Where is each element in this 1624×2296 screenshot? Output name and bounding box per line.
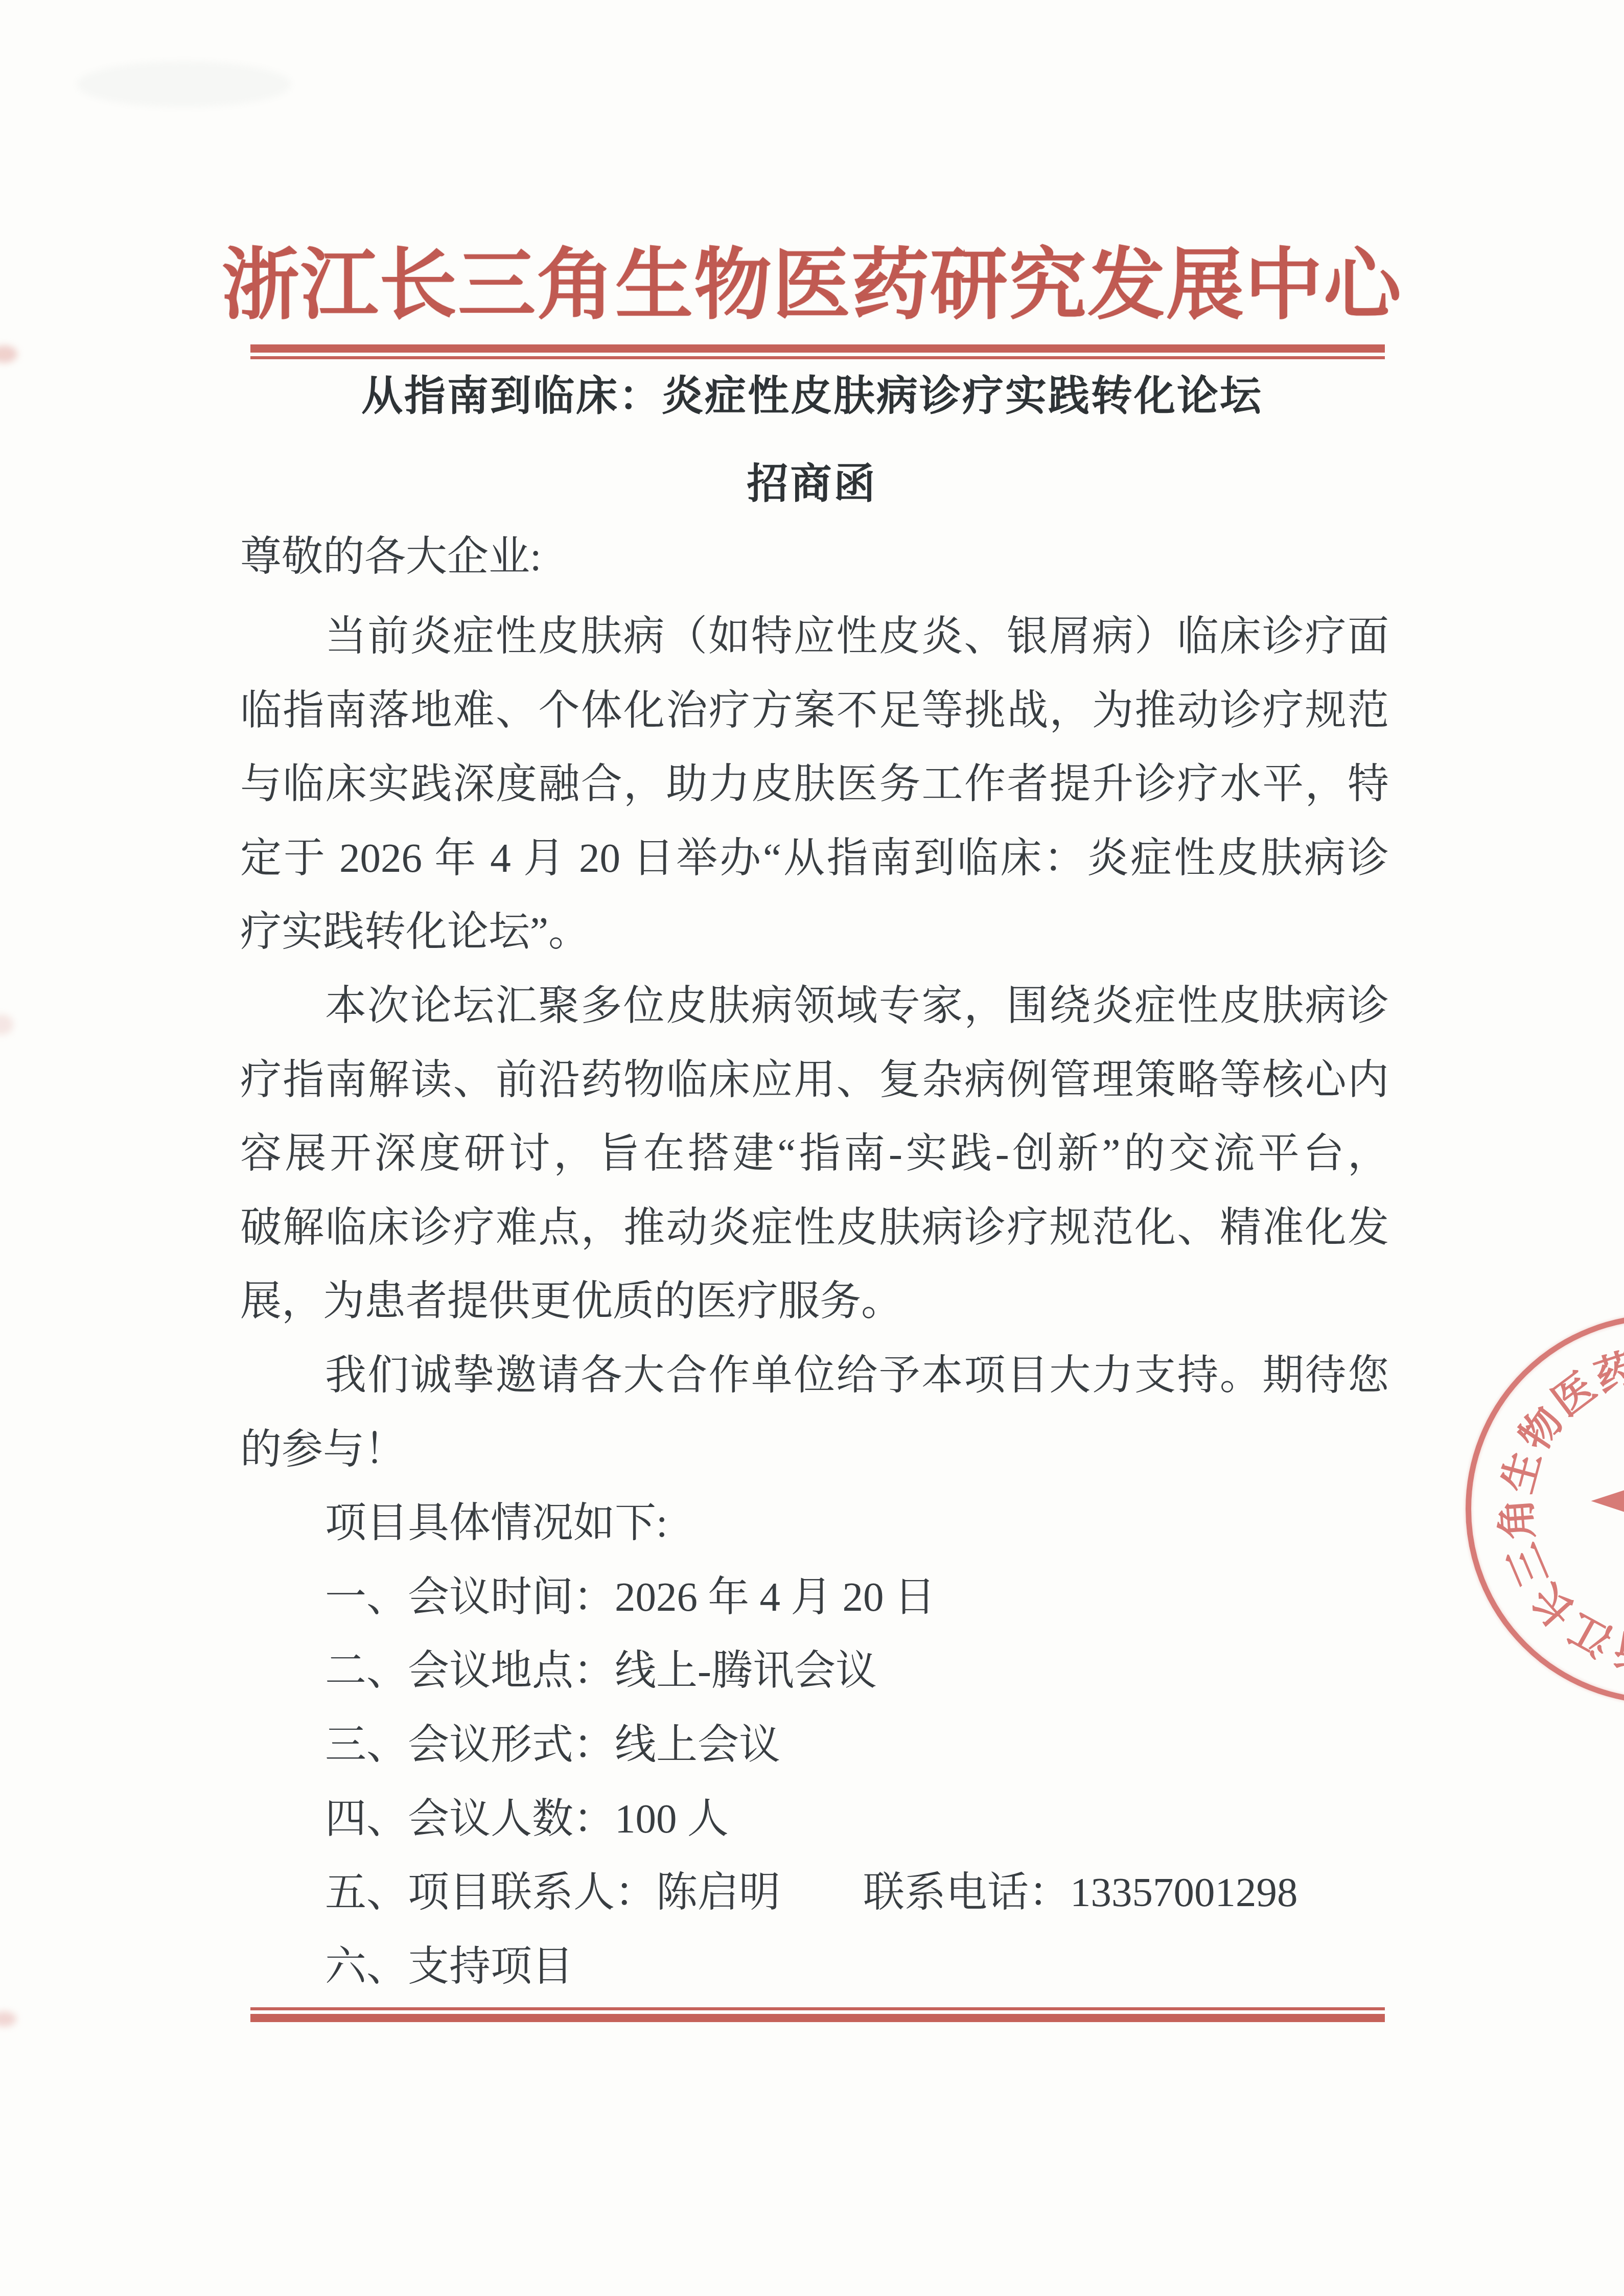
list-item-meeting-place: 二、会议地点：线上-腾讯会议 bbox=[240, 1646, 1389, 1696]
body-line: 当前炎症性皮肤病（如特应性皮炎、银屑病）临床诊疗面 bbox=[240, 612, 1389, 661]
body-line: 我们诚挚邀请各大合作单位给予本项目大力支持。期待您 bbox=[240, 1351, 1389, 1400]
body-line: 容展开深度研讨，旨在搭建“指南-实践-创新”的交流平台， bbox=[240, 1129, 1389, 1178]
letterhead-org-name: 浙江长三角生物医药研究发展中心 bbox=[0, 223, 1624, 334]
seal-char: 角 bbox=[1483, 1497, 1544, 1542]
body-line: 定于 2026 年 4 月 20 日举办“从指南到临床：炎症性皮肤病诊 bbox=[240, 834, 1389, 883]
body-line: 破解临床诊疗难点，推动炎症性皮肤病诊疗规范化、精准化发 bbox=[240, 1203, 1389, 1253]
header-rule-thick bbox=[250, 344, 1385, 353]
body-line: 临指南落地难、个体化治疗方案不足等挑战，为推动诊疗规范 bbox=[240, 686, 1389, 735]
body-line: 与临床实践深度融合，助力皮肤医务工作者提升诊疗水平，特 bbox=[240, 760, 1389, 809]
header-rule-thin bbox=[250, 356, 1385, 359]
scan-artifact bbox=[0, 345, 17, 363]
official-seal: 浙江长三角生物医药研究发展中心 ★ bbox=[1466, 1314, 1624, 1704]
list-item-meeting-time: 一、会议时间：2026 年 4 月 20 日 bbox=[240, 1573, 1389, 1622]
scanned-letter-page: 浙江长三角生物医药研究发展中心 从指南到临床：炎症性皮肤病诊疗实践转化论坛 招商… bbox=[0, 0, 1624, 2296]
list-item-support: 六、支持项目 bbox=[240, 1942, 1389, 1991]
footer-rule-thin bbox=[250, 2007, 1385, 2010]
footer-rule-thick bbox=[250, 2014, 1385, 2022]
scan-artifact bbox=[77, 61, 291, 107]
body-line-project-intro: 项目具体情况如下: bbox=[240, 1499, 1389, 1548]
list-item-meeting-format: 三、会议形式：线上会议 bbox=[240, 1721, 1389, 1770]
body-line: 疗实践转化论坛”。 bbox=[240, 908, 1389, 957]
document-subtitle: 招商函 bbox=[0, 451, 1624, 510]
salutation: 尊敬的各大企业: bbox=[240, 532, 1389, 582]
body-line: 展，为患者提供更优质的医疗服务。 bbox=[240, 1277, 1389, 1326]
body-line: 疗指南解读、前沿药物临床应用、复杂病例管理策略等核心内 bbox=[240, 1056, 1389, 1105]
list-item-contact: 五、项目联系人：陈启明 联系电话：13357001298 bbox=[240, 1868, 1389, 1917]
body-line: 本次论坛汇聚多位皮肤病领域专家，围绕炎症性皮肤病诊 bbox=[240, 982, 1389, 1031]
document-title: 从指南到临床：炎症性皮肤病诊疗实践转化论坛 bbox=[0, 363, 1624, 422]
body-line: 的参与！ bbox=[240, 1425, 1389, 1474]
scan-artifact bbox=[0, 1014, 13, 1035]
scan-artifact bbox=[0, 2011, 16, 2027]
list-item-attendee-count: 四、会议人数：100 人 bbox=[240, 1795, 1389, 1844]
